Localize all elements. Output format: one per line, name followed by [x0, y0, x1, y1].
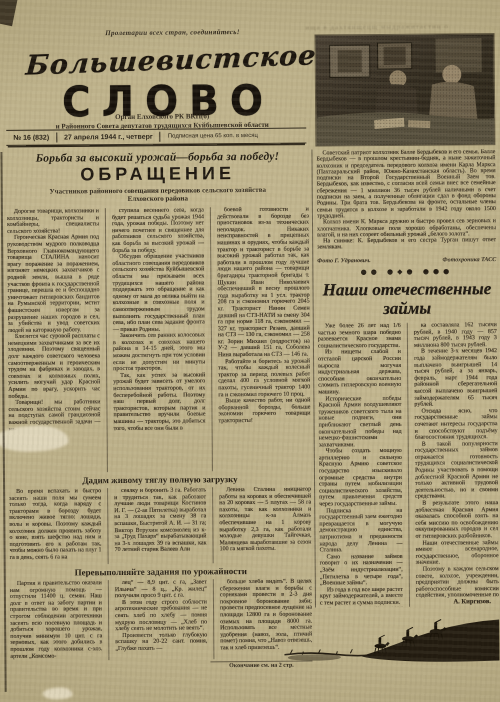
section1-column-2: сеялку и боронить 3 га. Работать и труди… — [107, 487, 207, 564]
bleedthrough-text: ища в дахтянщецщ мыдражитастиц о — [305, 22, 495, 31]
lead-subtitle: Участников районного совещания передовик… — [11, 186, 305, 204]
section1-column-1: Во время вспахать и быстро засеять наши … — [9, 488, 102, 565]
scanned-sheet: ища в дахтянщецщ мыдражитастиц о Пролета… — [0, 0, 500, 702]
lead-subtitle-2: Елховского района — [128, 194, 188, 202]
ornament-divider: ●● ●◆● ●●● — [317, 267, 496, 276]
silhouette-illustration — [284, 608, 499, 668]
article-signature: А. Киргизов. — [416, 598, 499, 607]
loans-title-1: Наши отечественные — [323, 279, 492, 299]
lead-column-3: боевой готовности и действовали в борозд… — [210, 207, 311, 472]
column-divider-main — [311, 150, 316, 608]
issue-price: Подписная цена 65 коп. в месяц — [161, 129, 265, 143]
organ-line-1: Орган Елховского РК ВКП(б) — [115, 112, 209, 121]
loans-column-2-text: ка составляла 162 тысячи рублей, в 1940 … — [414, 322, 499, 599]
section-2-columns: Партия и правительство оказали нам огром… — [10, 579, 313, 661]
lead-column-2: ступила весеннего сева, когда будет реша… — [105, 207, 206, 472]
riders-hill-drawing — [284, 608, 499, 668]
newspaper-page: ища в дахтянщецщ мыдражитастиц о Пролета… — [0, 0, 500, 702]
loans-title: Наши отечественные займы — [317, 279, 496, 318]
paper-tear-small — [43, 687, 73, 699]
issue-bar: № 16 (832) 27 апреля 1944 г., четверг По… — [6, 128, 306, 146]
section1-column-3: Левина Сталина инициатор работы на коров… — [212, 487, 312, 564]
issue-number: № 16 (832) — [6, 131, 56, 144]
loans-columns: Уже более 26 лет над 1/6 частью земного … — [318, 322, 499, 607]
slogan-line: Пролетарии всех стран, соединяйтесь! — [57, 28, 287, 38]
section-1-columns: Во время вспахать и быстро засеять наши … — [9, 487, 312, 565]
scan-corner-mark — [0, 0, 18, 26]
masthead-script: Большевистское — [25, 44, 307, 80]
paper-tear — [0, 425, 69, 452]
scan-edge-line — [0, 152, 6, 692]
issue-date: 27 апреля 1944 г., четверг — [57, 130, 160, 144]
photo-credit-author: Фото Г. Удранович. — [317, 258, 370, 265]
loans-column-2: ка составляла 162 тысячи рублей, в 1940 … — [407, 322, 499, 607]
loans-title-2: займы — [383, 299, 431, 318]
section-heading-1: Дадим живому тяглу полную загрузку — [9, 474, 311, 486]
section-heading-2: Перевыполняйте задания по урожайности — [10, 566, 312, 578]
photo-credits: Фото Г. Удранович. Фотохроника ТАСС — [317, 257, 496, 265]
photo-credit-agency: Фотохроника ТАСС — [442, 257, 496, 264]
section2-column-1: Партия и правительство оказали нам огром… — [10, 580, 103, 661]
section2-column-2: лец“ — 8,9 цнт. с га, „Завет Ильича“ — 8… — [108, 579, 208, 660]
loans-column-1: Уже более 26 лет над 1/6 частью земного … — [318, 323, 403, 608]
photo-illustration — [316, 34, 495, 145]
photo-caption: Советский патриот колхозник Балле Бердыб… — [316, 149, 496, 256]
lead-title: ОБРАЩЕНИЕ — [7, 164, 309, 184]
photo-halftone — [316, 34, 495, 145]
